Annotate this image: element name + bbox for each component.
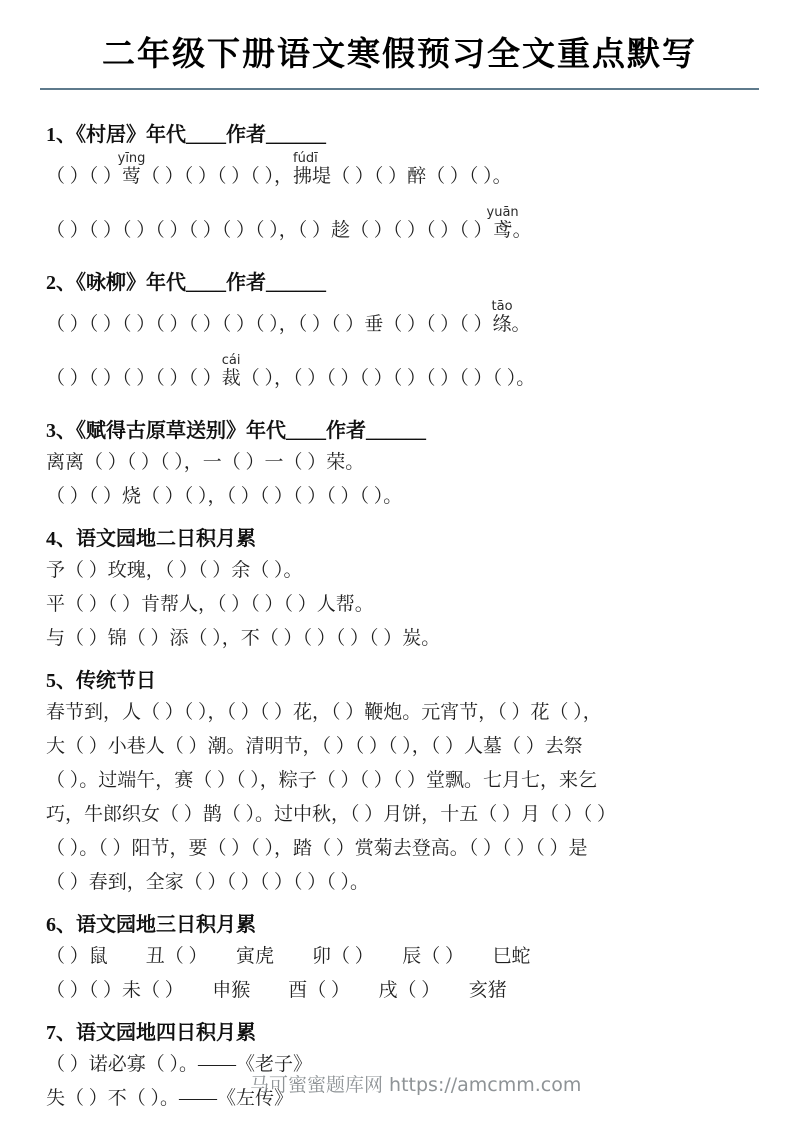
text-segment: 大（ ）小巷人（ ）潮。清明节，（ ）（ ）（ ），（ ）人墓（ ）去祭: [46, 736, 583, 757]
section-heading: 2、《咏柳》年代____作者______: [46, 268, 753, 298]
text-segment: （ ）（ ）（ ）（ ），: [141, 166, 293, 187]
pinyin-annotated-text: 绦tāo: [493, 314, 512, 335]
text-segment: 巧，牛郎织女（ ）鹊（ ）。过中秋，（ ）月饼，十五（ ）月（ ）（ ）: [46, 804, 616, 825]
section-heading: 6、语文园地三日积月累: [46, 910, 753, 940]
exercise-line: （ ）（ ）（ ）（ ）（ ）（ ）（ ），（ ）（ ）垂（ ）（ ）（ ）绦t…: [46, 298, 753, 352]
section-7: 7、语文园地四日积月累（ ）诺必寡（ ）。——《老子》失（ ）不（ ）。——《左…: [46, 1018, 753, 1116]
annotated-char: 裁: [222, 368, 241, 389]
watermark: 马可蜜蜜题库网 https://amcmm.com: [250, 1070, 581, 1097]
text-segment: （ ）（ ）（ ）（ ）（ ）（ ）（ ），（ ）趁（ ）（ ）（ ）（ ）: [46, 220, 493, 241]
exercise-line: 平（ ）（ ）肯帮人，（ ）（ ）（ ）人帮。: [46, 588, 753, 622]
section-heading: 1、《村居》年代____作者______: [46, 120, 753, 150]
section-4: 4、语文园地二日积月累予（ ）玫瑰，（ ）（ ）余（ ）。平（ ）（ ）肯帮人，…: [46, 524, 753, 656]
exercise-line: （ ）（ ）（ ）（ ）（ ）（ ）（ ），（ ）趁（ ）（ ）（ ）（ ）鸢y…: [46, 204, 753, 258]
exercise-line: （ ）（ ）烧（ ）（ ），（ ）（ ）（ ）（ ）（ ）。: [46, 480, 753, 514]
section-6: 6、语文园地三日积月累（ ）鼠 丑（ ） 寅虎 卯（ ） 辰（ ） 巳蛇（ ）（…: [46, 910, 753, 1008]
pinyin-label: yīng: [118, 151, 146, 166]
text-segment: （ ）（ ）（ ）（ ）（ ）: [46, 368, 222, 389]
pinyin-label: tāo: [492, 299, 513, 314]
text-segment: 与（ ）锦（ ）添（ ），不（ ）（ ）（ ）（ ）炭。: [46, 628, 440, 649]
section-3: 3、《赋得古原草送别》年代____作者______离离（ ）（ ）（ ），一（ …: [46, 416, 753, 514]
section-2: 2、《咏柳》年代____作者______（ ）（ ）（ ）（ ）（ ）（ ）（ …: [46, 268, 753, 406]
exercise-line: （ ）。过端午，赛（ ）（ ），粽子（ ）（ ）（ ）堂飘。七月七，来乞: [46, 764, 753, 798]
pinyin-annotated-text: 莺yīng: [122, 166, 141, 187]
text-segment: （ ）（ ）未（ ） 申猴 酉（ ） 戌（ ） 亥猪: [46, 980, 507, 1001]
section-5: 5、传统节日春节到，人（ ）（ ），（ ）（ ）花，（ ）鞭炮。元宵节，（ ）花…: [46, 666, 753, 900]
text-segment: 予（ ）玫瑰，（ ）（ ）余（ ）。: [46, 560, 303, 581]
text-segment: 离离（ ）（ ）（ ），一（ ）一（ ）荣。: [46, 452, 364, 473]
text-segment: （ ）鼠 丑（ ） 寅虎 卯（ ） 辰（ ） 巳蛇: [46, 946, 531, 967]
text-segment: 。: [512, 314, 531, 335]
text-segment: 平（ ）（ ）肯帮人，（ ）（ ）（ ）人帮。: [46, 594, 374, 615]
section-heading: 3、《赋得古原草送别》年代____作者______: [46, 416, 753, 446]
exercise-line: （ ）鼠 丑（ ） 寅虎 卯（ ） 辰（ ） 巳蛇: [46, 940, 753, 974]
text-segment: （ ），（ ）（ ）（ ）（ ）（ ）（ ）（ ）。: [241, 368, 536, 389]
exercise-line: 大（ ）小巷人（ ）潮。清明节，（ ）（ ）（ ），（ ）人墓（ ）去祭: [46, 730, 753, 764]
text-segment: （ ）。过端午，赛（ ）（ ），粽子（ ）（ ）（ ）堂飘。七月七，来乞: [46, 770, 597, 791]
text-segment: （ ）（ ）（ ）（ ）（ ）（ ）（ ），（ ）（ ）垂（ ）（ ）（ ）: [46, 314, 493, 335]
text-segment: （ ）（ ）: [46, 166, 122, 187]
exercise-line: （ ）（ ）未（ ） 申猴 酉（ ） 戌（ ） 亥猪: [46, 974, 753, 1008]
pinyin-annotated-text: 鸢yuān: [493, 220, 513, 241]
text-segment: 春节到，人（ ）（ ），（ ）（ ）花，（ ）鞭炮。元宵节，（ ）花（ ），: [46, 702, 602, 723]
exercise-line: （ ）（ ）（ ）（ ）（ ）裁cái（ ），（ ）（ ）（ ）（ ）（ ）（ …: [46, 352, 753, 406]
text-segment: （ ）春到，全家（ ）（ ）（ ）（ ）（ ）。: [46, 872, 369, 893]
worksheet-body: 1、《村居》年代____作者______（ ）（ ）莺yīng（ ）（ ）（ ）…: [46, 120, 753, 1116]
page-title: 二年级下册语文寒假预习全文重点默写: [46, 34, 753, 76]
exercise-line: 予（ ）玫瑰，（ ）（ ）余（ ）。: [46, 554, 753, 588]
pinyin-label: yuān: [487, 205, 519, 220]
exercise-line: 与（ ）锦（ ）添（ ），不（ ）（ ）（ ）（ ）炭。: [46, 622, 753, 656]
pinyin-label: fúdī: [293, 151, 331, 166]
worksheet-page: 二年级下册语文寒假预习全文重点默写 1、《村居》年代____作者______（ …: [0, 0, 793, 1116]
section-1: 1、《村居》年代____作者______（ ）（ ）莺yīng（ ）（ ）（ ）…: [46, 120, 753, 258]
pinyin-label: cái: [222, 353, 241, 368]
section-heading: 5、传统节日: [46, 666, 753, 696]
exercise-line: 巧，牛郎织女（ ）鹊（ ）。过中秋，（ ）月饼，十五（ ）月（ ）（ ）: [46, 798, 753, 832]
exercise-line: 离离（ ）（ ）（ ），一（ ）一（ ）荣。: [46, 446, 753, 480]
section-heading: 7、语文园地四日积月累: [46, 1018, 753, 1048]
section-heading: 4、语文园地二日积月累: [46, 524, 753, 554]
exercise-line: 春节到，人（ ）（ ），（ ）（ ）花，（ ）鞭炮。元宵节，（ ）花（ ），: [46, 696, 753, 730]
text-segment: 。: [513, 220, 532, 241]
pinyin-annotated-text: 裁cái: [222, 368, 241, 389]
exercise-line: （ ）春到，全家（ ）（ ）（ ）（ ）（ ）。: [46, 866, 753, 900]
annotated-char: 绦: [492, 314, 513, 335]
title-divider: [40, 88, 759, 90]
pinyin-annotated-text: 拂堤fúdī: [293, 166, 331, 187]
annotated-char: 拂堤: [293, 166, 331, 187]
text-segment: （ ）（ ）醉（ ）（ ）。: [331, 166, 512, 187]
text-segment: （ ）。（ ）阳节，要（ ）（ ），踏（ ）赏菊去登高。（ ）（ ）（ ）是: [46, 838, 588, 859]
exercise-line: （ ）（ ）莺yīng（ ）（ ）（ ）（ ），拂堤fúdī（ ）（ ）醉（ ）…: [46, 150, 753, 204]
text-segment: （ ）（ ）烧（ ）（ ），（ ）（ ）（ ）（ ）（ ）。: [46, 486, 402, 507]
exercise-line: （ ）。（ ）阳节，要（ ）（ ），踏（ ）赏菊去登高。（ ）（ ）（ ）是: [46, 832, 753, 866]
